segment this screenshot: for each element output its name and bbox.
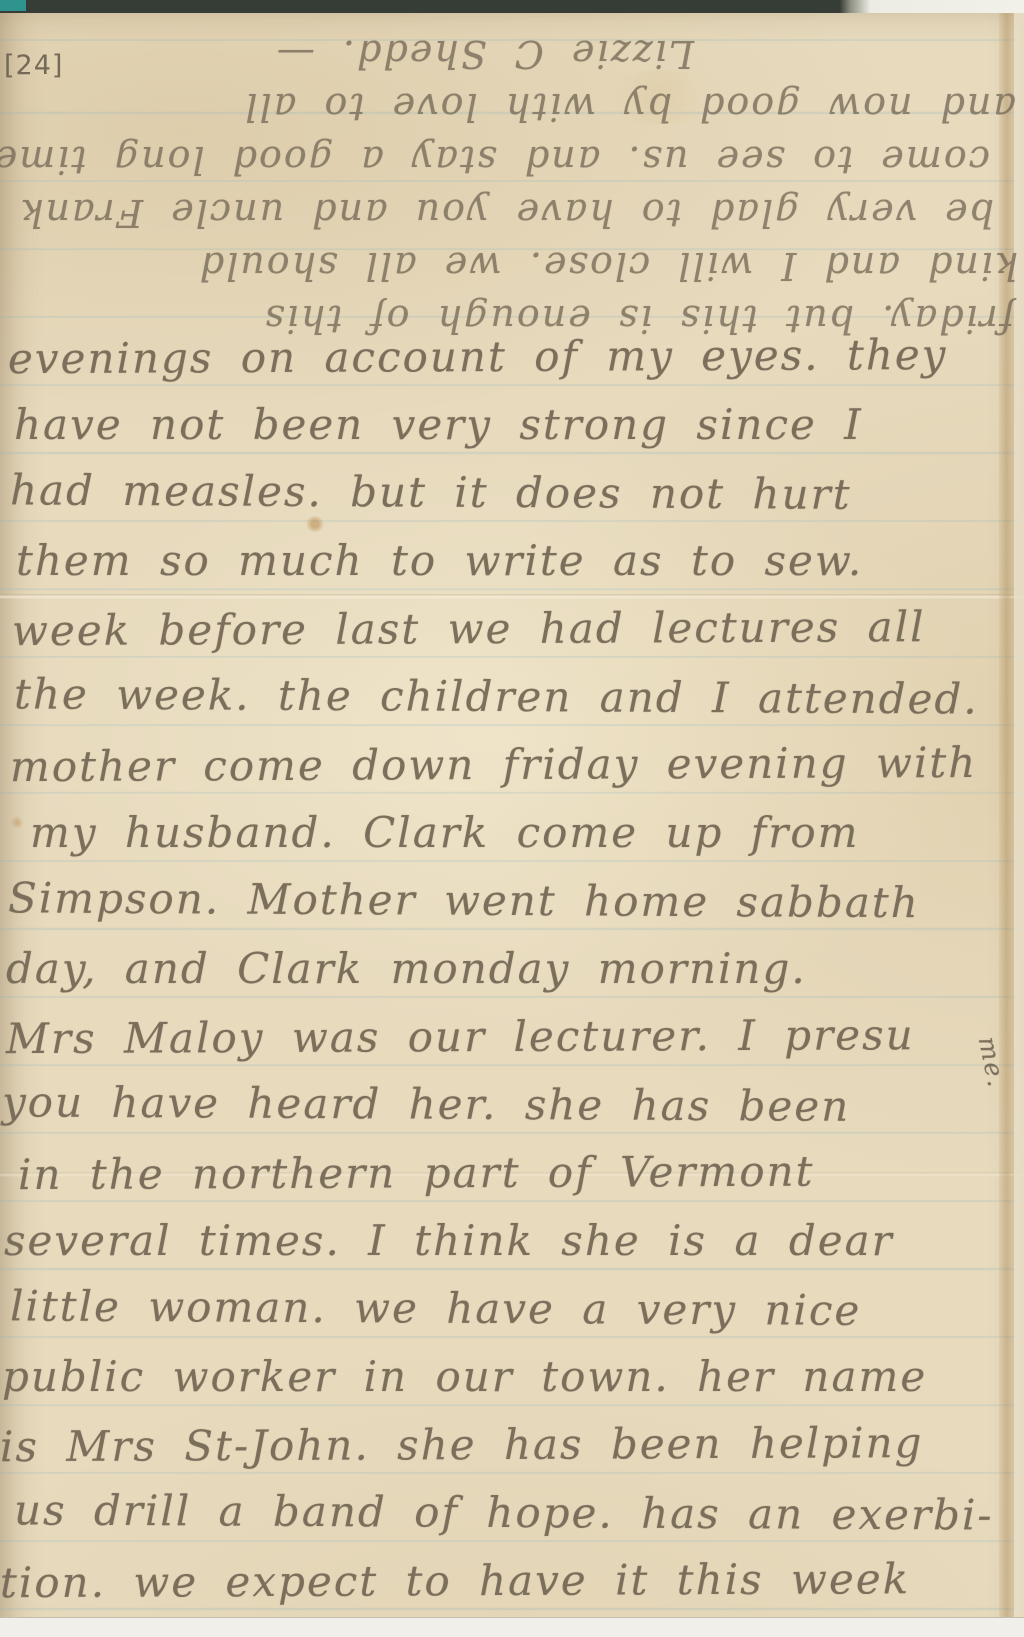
handwritten-line: my husband. Clark come up from bbox=[0, 801, 1010, 869]
signature-line: Lizzie C Shedd. — bbox=[0, 26, 694, 79]
scanner-bottom-strip bbox=[0, 1617, 1024, 1637]
handwritten-line: tion. we expect to have it this week bbox=[0, 1547, 1010, 1619]
handwritten-line: come to see us. and stay a good long tim… bbox=[0, 132, 990, 185]
handwritten-line: evenings on account of my eyes. they bbox=[0, 323, 1010, 395]
handwritten-line: mother come down friday evening with bbox=[0, 731, 1010, 803]
handwritten-line: them so much to write as to sew. bbox=[0, 529, 1010, 597]
handwritten-line: you have heard her. she has been bbox=[0, 1070, 1010, 1143]
inverted-closing-block: friday. but this is enough of this kind … bbox=[0, 24, 1024, 344]
handwritten-line: week before last we had lectures all bbox=[0, 595, 1010, 667]
handwritten-line: Simpson. Mother went home sabbath bbox=[0, 866, 1010, 939]
handwritten-line: in the northern part of Vermont bbox=[0, 1139, 1010, 1211]
handwritten-line: us drill a band of hope. has an exerbi- bbox=[0, 1478, 1010, 1551]
letter-scan: [24] friday. but this is enough of this … bbox=[0, 0, 1024, 1637]
handwritten-line: have not been very strong since I bbox=[0, 393, 1010, 461]
scanner-top-edge bbox=[0, 0, 1024, 13]
teal-tab bbox=[0, 0, 26, 11]
handwritten-line: had measles. but it does not hurt bbox=[0, 458, 1010, 531]
letter-body: evenings on account of my eyes. they hav… bbox=[0, 325, 1010, 1617]
handwritten-line: and now good by with love to all bbox=[0, 79, 1016, 132]
handwritten-line: day, and Clark monday morning. bbox=[0, 937, 1010, 1005]
handwritten-line: kind and I will close. we all should bbox=[0, 238, 1018, 291]
handwritten-line: public worker in our town. her name bbox=[0, 1345, 1010, 1413]
handwritten-line: the week. the children and I attended. bbox=[0, 662, 1010, 735]
handwritten-line: Mrs Maloy was our lecturer. I presu bbox=[0, 1003, 1010, 1075]
handwritten-line: several times. I think she is a dear bbox=[0, 1209, 1010, 1277]
handwritten-line: is Mrs St-John. she has been helping bbox=[0, 1411, 1010, 1483]
handwritten-line: be very glad to have you and uncle Frank bbox=[0, 185, 994, 238]
handwritten-line: little woman. we have a very nice bbox=[0, 1274, 1010, 1347]
